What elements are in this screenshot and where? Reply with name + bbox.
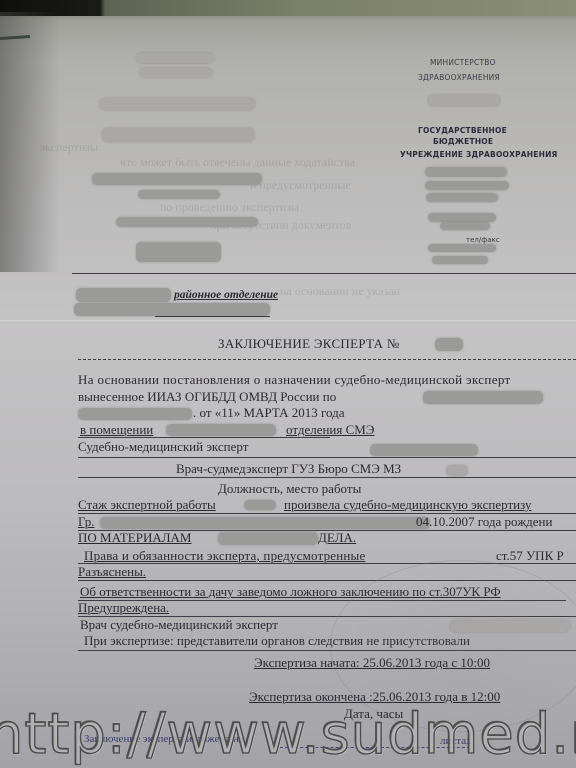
redacted-block [218, 532, 318, 545]
citizen-label: Гр. [78, 514, 94, 530]
position-caption: Должность, место работы [218, 481, 361, 497]
redacted-block [244, 500, 276, 510]
redacted-block [140, 68, 212, 77]
redacted-block [428, 95, 500, 106]
case-label: ДЕЛА. [318, 530, 356, 546]
show-through-text: что может быть отвечены данные ходатайст… [120, 155, 355, 170]
redacted-block [425, 181, 509, 190]
redacted-block [428, 244, 496, 252]
body-line-2: вынесенное ИИАЗ ОГИБДД ОМВД России по [78, 389, 336, 405]
show-through-text: на основании не указан [280, 284, 400, 299]
header-ministry: МИНИСТЕРСТВО [430, 58, 496, 67]
underline [78, 457, 576, 458]
rights-article: ст.57 УПК Р [496, 548, 564, 564]
experience-label: Стаж экспертной работы [78, 497, 216, 513]
materials-label: ПО МАТЕРИАЛАМ [78, 530, 191, 546]
birth-date: 04.10.2007 года рождени [416, 514, 552, 530]
show-through-text: по проведению экспертизы [160, 200, 299, 215]
redacted-block [136, 242, 221, 262]
redacted-block [116, 217, 258, 227]
redacted-block [78, 408, 192, 420]
redacted-block [425, 167, 507, 177]
header-state: ГОСУДАРСТВЕННОЕ [418, 126, 507, 135]
doctor-expert-label: Врач судебно-медицинский эксперт [80, 617, 278, 633]
warned-label: Предупреждена. [78, 600, 169, 616]
department-label: районное отделение [174, 289, 278, 301]
redacted-block [74, 303, 270, 316]
show-through-text: экспертизы [40, 140, 98, 155]
watermark: http://www.sudmed.ru [0, 702, 576, 767]
rights-line: Права и обязанности эксперта, предусмотр… [84, 548, 365, 564]
explained-label: Разъяснены. [78, 564, 146, 580]
tel-fax-label: тел/факс [466, 236, 500, 244]
redacted-block [100, 98, 255, 110]
body-line-3: . от «11» МАРТА 2013 года [193, 405, 345, 421]
redacted-block [446, 465, 468, 476]
redacted-block [136, 53, 214, 63]
examination-performed: произвела судебно-медицинскую экспертизу [284, 497, 531, 513]
header-divider [72, 273, 576, 274]
header-budget: БЮДЖЕТНОЕ [433, 137, 493, 146]
redacted-block [370, 444, 478, 456]
paper-fold [0, 320, 576, 323]
redacted-block [432, 256, 488, 264]
premises-dept: отделения СМЭ [286, 422, 374, 438]
position-value: Врач-судмедэксперт ГУЗ Бюро СМЭ МЗ [176, 461, 401, 477]
header-institution: УЧРЕЖДЕНИЕ ЗДРАВООХРАНЕНИЯ [400, 150, 558, 159]
underline [78, 437, 330, 438]
redacted-block [92, 173, 262, 185]
redacted-block [440, 222, 490, 230]
redacted-block [166, 424, 276, 436]
redacted-block [100, 517, 430, 529]
exam-start: Экспертиза начата: 25.06.2013 года с 10:… [254, 655, 490, 671]
expert-label: Судебно-медицинский эксперт [78, 439, 248, 455]
redacted-block [423, 391, 543, 404]
show-through-text: и предусмотренные [250, 178, 351, 193]
header-health: ЗДРАВООХРАНЕНИЯ [418, 73, 500, 82]
redacted-block [76, 288, 171, 302]
redacted-block [102, 128, 254, 142]
premises-label: в помещении [80, 422, 153, 438]
document-title: ЗАКЛЮЧЕНИЕ ЭКСПЕРТА № [218, 336, 400, 352]
document-page: что может быть отвечены данные ходатайст… [0, 0, 576, 768]
redacted-number [435, 338, 463, 351]
underline [155, 316, 270, 317]
body-line-1: На основании постановления о назначении … [78, 372, 511, 388]
underline [78, 477, 576, 478]
redacted-block [428, 213, 496, 222]
redacted-block [426, 193, 498, 202]
title-dashed-line [78, 359, 576, 360]
redacted-block [138, 190, 220, 199]
